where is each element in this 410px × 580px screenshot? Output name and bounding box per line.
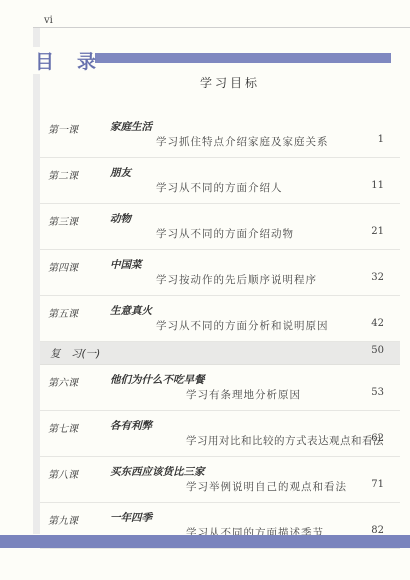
lesson-title: 家庭生活 — [110, 119, 152, 134]
lesson-goal: 学习从不同的方面介绍动物 — [156, 226, 294, 241]
page-number: vi — [44, 15, 53, 26]
page-ref: 21 — [371, 226, 384, 237]
lesson-number: 第四课 — [48, 259, 78, 274]
review-row[interactable]: 复 习(一) 50 — [40, 342, 400, 365]
lesson-goal: 学习从不同的方面介绍人 — [156, 180, 283, 195]
lesson-goal: 学习从不同的方面分析和说明原因 — [156, 318, 329, 333]
lesson-title: 各有利弊 — [110, 418, 152, 433]
lesson-goal: 学习举例说明自己的观点和看法 — [186, 479, 347, 494]
lesson-number: 第三课 — [48, 213, 78, 228]
top-rule — [33, 27, 410, 28]
toc-heading: 目 录 — [33, 49, 96, 71]
toc-row[interactable]: 第三课 动物 学习从不同的方面介绍动物 21 — [40, 204, 400, 250]
lesson-title: 买东西应该货比三家 — [110, 464, 205, 479]
page-ref: 42 — [371, 318, 384, 329]
toc-row[interactable]: 第二课 朋友 学习从不同的方面介绍人 11 — [40, 158, 400, 204]
blue-bar — [95, 53, 391, 63]
toc-row[interactable]: 第四课 中国菜 学习按动作的先后顺序说明程序 32 — [40, 250, 400, 296]
heading-char-2: 录 — [77, 47, 96, 74]
lesson-number: 第一课 — [48, 121, 78, 136]
lesson-goal: 学习用对比和比较的方式表达观点和看法 — [186, 433, 384, 448]
page-ref: 53 — [371, 387, 384, 398]
column-title: 学习目标 — [200, 74, 260, 91]
lesson-goal: 学习有条理地分析原因 — [186, 387, 301, 402]
lesson-number: 第五课 — [48, 305, 78, 320]
toc-row[interactable]: 第八课 买东西应该货比三家 学习举例说明自己的观点和看法 71 — [40, 457, 400, 503]
lesson-number: 第七课 — [48, 420, 78, 435]
heading-char-1: 目 — [33, 47, 75, 74]
lesson-title: 中国菜 — [110, 257, 142, 272]
page-ref: 1 — [378, 134, 384, 145]
toc-list: 第一课 家庭生活 学习抓住特点介绍家庭及家庭关系 1 第二课 朋友 学习从不同的… — [40, 112, 400, 549]
page-ref: 62 — [371, 433, 384, 444]
lesson-title: 动物 — [110, 211, 131, 226]
lesson-title: 他们为什么不吃早餐 — [110, 372, 205, 387]
toc-row[interactable]: 第一课 家庭生活 学习抓住特点介绍家庭及家庭关系 1 — [40, 112, 400, 158]
toc-row[interactable]: 第六课 他们为什么不吃早餐 学习有条理地分析原因 53 — [40, 365, 400, 411]
lesson-number: 第二课 — [48, 167, 78, 182]
lesson-title: 生意真火 — [110, 303, 152, 318]
review-label: 复 习(一) — [50, 346, 100, 361]
lesson-number: 第九课 — [48, 512, 78, 527]
page-ref: 71 — [371, 479, 384, 490]
lesson-number: 第八课 — [48, 466, 78, 481]
lesson-title: 一年四季 — [110, 510, 152, 525]
page-ref: 50 — [371, 345, 384, 356]
lesson-goal: 学习按动作的先后顺序说明程序 — [156, 272, 317, 287]
lesson-number: 第六课 — [48, 374, 78, 389]
bottom-band — [0, 535, 410, 548]
toc-row[interactable]: 第七课 各有利弊 学习用对比和比较的方式表达观点和看法 62 — [40, 411, 400, 457]
page-ref: 32 — [371, 272, 384, 283]
lesson-title: 朋友 — [110, 165, 131, 180]
left-strip — [33, 28, 40, 534]
toc-row[interactable]: 第五课 生意真火 学习从不同的方面分析和说明原因 42 — [40, 296, 400, 342]
lesson-goal: 学习抓住特点介绍家庭及家庭关系 — [156, 134, 329, 149]
page-ref: 11 — [371, 180, 384, 191]
